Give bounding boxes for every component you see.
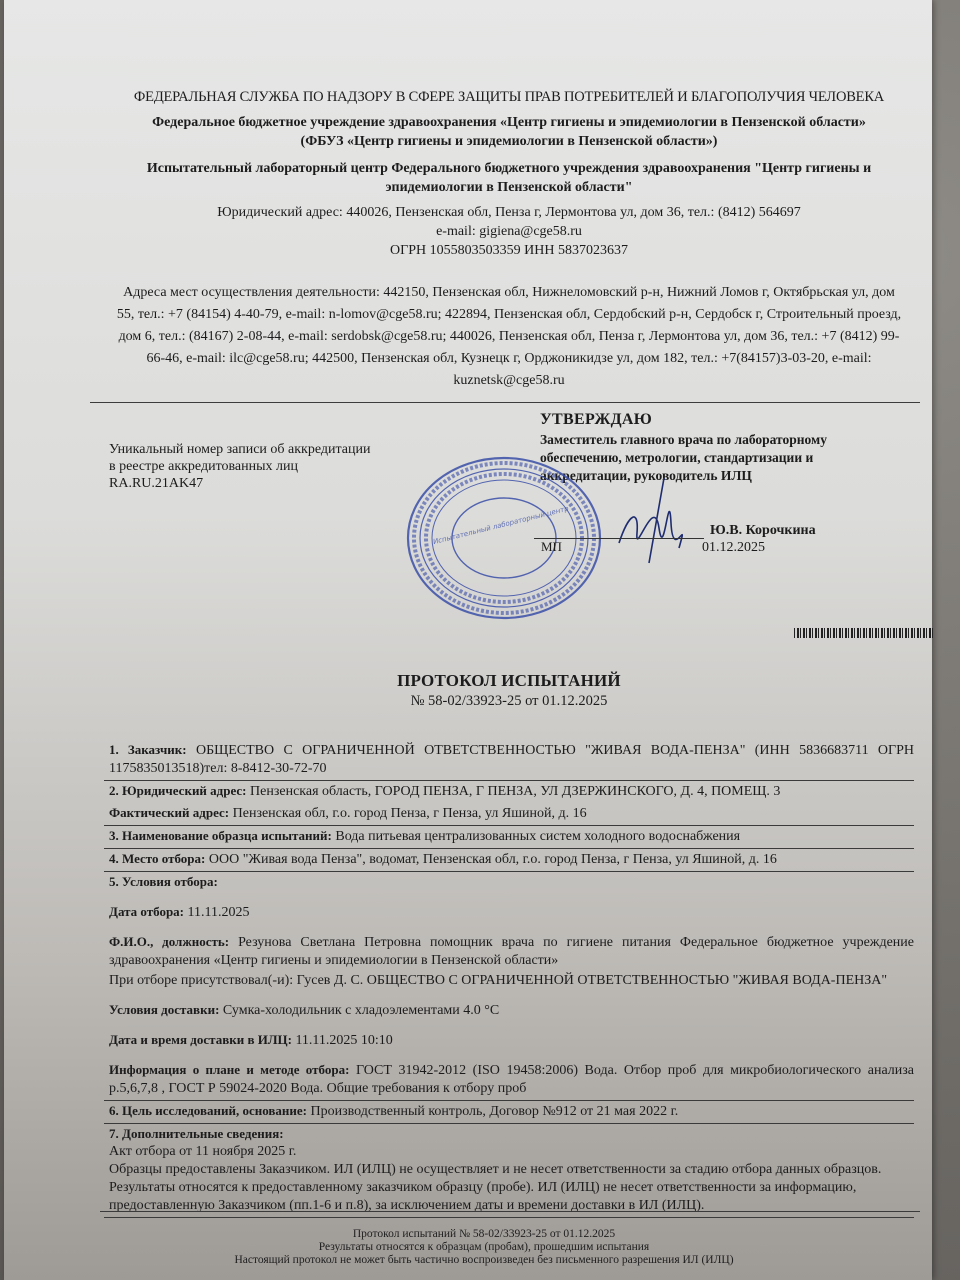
actual-address-label: Фактический адрес:	[109, 805, 229, 820]
customer-label: 1. Заказчик:	[109, 742, 187, 757]
field-sampling-method: Информация о плане и методе отбора: ГОСТ…	[104, 1060, 914, 1101]
purpose-label: 6. Цель исследований, основание:	[109, 1103, 307, 1118]
accreditation-line-1: Уникальный номер записи об аккредитации	[109, 441, 370, 458]
protocol-fields: 1. Заказчик: ОБЩЕСТВО С ОГРАНИЧЕННОЙ ОТВ…	[104, 740, 914, 1218]
page-footer: Протокол испытаний № 58-02/33923-25 от 0…	[4, 1228, 960, 1267]
protocol-title: ПРОТОКОЛ ИСПЫТАНИЙ	[104, 671, 914, 691]
signature-icon	[609, 473, 699, 573]
barcode	[794, 628, 934, 638]
extra-act: Акт отбора от 11 ноября 2025 г.	[109, 1143, 914, 1161]
field-additional-info: 7. Дополнительные сведения: Акт отбора о…	[104, 1124, 914, 1218]
document-page: ФЕДЕРАЛЬНАЯ СЛУЖБА ПО НАДЗОРУ В СФЕРЕ ЗА…	[4, 0, 932, 1280]
document-content: ФЕДЕРАЛЬНАЯ СЛУЖБА ПО НАДЗОРУ В СФЕРЕ ЗА…	[104, 88, 914, 1218]
ogrn-inn: ОГРН 1055803503359 ИНН 5837023637	[104, 241, 914, 260]
accreditation-line-2: в реестре аккредитованных лиц	[109, 458, 370, 475]
delivery-time-label: Дата и время доставки в ИЛЦ:	[109, 1032, 292, 1047]
place-value: ООО "Живая вода Пенза", водомат, Пензенс…	[209, 852, 777, 867]
field-sampling-place: 4. Место отбора: ООО "Живая вода Пенза",…	[104, 849, 914, 872]
delivery-value: Сумка-холодильник с хладоэлементами 4.0 …	[223, 1003, 499, 1018]
field-sample-name: 3. Наименование образца испытаний: Вода …	[104, 826, 914, 849]
organization-full-name: Федеральное бюджетное учреждение здравоо…	[104, 113, 914, 132]
accreditation-info: Уникальный номер записи об аккредитации …	[109, 441, 370, 492]
sampling-date-value: 11.11.2025	[188, 905, 250, 920]
approval-title: УТВЕРЖДАЮ	[540, 411, 900, 429]
field-conditions: 5. Условия отбора:	[104, 872, 914, 894]
org-email: e-mail: gigiena@cge58.ru	[104, 222, 914, 241]
footer-line-3: Настоящий протокол не может быть частичн…	[4, 1254, 960, 1267]
place-label: 4. Место отбора:	[109, 851, 205, 866]
sampling-date-label: Дата отбора:	[109, 904, 184, 919]
field-customer: 1. Заказчик: ОБЩЕСТВО С ОГРАНИЧЕННОЙ ОТВ…	[104, 740, 914, 781]
delivery-label: Условия доставки:	[109, 1002, 219, 1017]
person-value: Резунова Светлана Петровна помощник врач…	[109, 935, 914, 968]
agency-name: ФЕДЕРАЛЬНАЯ СЛУЖБА ПО НАДЗОРУ В СФЕРЕ ЗА…	[104, 88, 914, 107]
field-delivery-conditions: Условия доставки: Сумка-холодильник с хл…	[104, 1000, 914, 1022]
footer-line-2: Результаты относятся к образцам (пробам)…	[4, 1241, 960, 1254]
field-legal-address: 2. Юридический адрес: Пензенская область…	[104, 781, 914, 803]
extra-label: 7. Дополнительные сведения:	[109, 1125, 914, 1143]
delivery-time-value: 11.11.2025 10:10	[295, 1033, 392, 1048]
extra-text: Образцы предоставлены Заказчиком. ИЛ (ИЛ…	[109, 1161, 914, 1215]
legal-address-label: 2. Юридический адрес:	[109, 783, 247, 798]
legal-address-value: Пензенская область, ГОРОД ПЕНЗА, Г ПЕНЗА…	[250, 784, 780, 799]
protocol-number: № 58-02/33923-25 от 01.12.2025	[104, 693, 914, 710]
footer-divider	[100, 1211, 920, 1212]
approval-block: Уникальный номер записи об аккредитации …	[104, 403, 914, 643]
method-label: Информация о плане и методе отбора:	[109, 1062, 349, 1077]
stamp-mark: МП	[541, 539, 562, 555]
present-value: При отборе присутствовал(-и): Гусев Д. С…	[109, 973, 887, 988]
organization-short-name: (ФБУЗ «Центр гигиены и эпидемиологии в П…	[104, 132, 914, 151]
field-purpose: 6. Цель исследований, основание: Произво…	[104, 1101, 914, 1124]
person-label: Ф.И.О., должность:	[109, 934, 229, 949]
customer-value: ОБЩЕСТВО С ОГРАНИЧЕННОЙ ОТВЕТСТВЕННОСТЬЮ…	[109, 743, 914, 776]
field-sampling-date: Дата отбора: 11.11.2025	[104, 902, 914, 924]
purpose-value: Производственный контроль, Договор №912 …	[311, 1104, 679, 1119]
footer-line-1: Протокол испытаний № 58-02/33923-25 от 0…	[4, 1228, 960, 1241]
activity-addresses: Адреса мест осуществления деятельности: …	[104, 282, 914, 392]
actual-address-value: Пензенская обл, г.о. город Пенза, г Пенз…	[233, 806, 587, 821]
field-person: Ф.И.О., должность: Резунова Светлана Пет…	[104, 932, 914, 972]
signer-name: Ю.В. Корочкина	[710, 523, 816, 539]
field-delivery-time: Дата и время доставки в ИЛЦ: 11.11.2025 …	[104, 1030, 914, 1052]
field-actual-address: Фактический адрес: Пензенская обл, г.о. …	[104, 803, 914, 826]
lab-center-name: Испытательный лабораторный центр Федерал…	[104, 159, 914, 197]
approval-date: 01.12.2025	[702, 540, 765, 556]
field-present: При отборе присутствовал(-и): Гусев Д. С…	[104, 972, 914, 992]
sample-label: 3. Наименование образца испытаний:	[109, 828, 332, 843]
sample-value: Вода питьевая централизованных систем хо…	[335, 829, 740, 844]
accreditation-number: RA.RU.21AK47	[109, 475, 370, 492]
legal-address: Юридический адрес: 440026, Пензенская об…	[104, 203, 914, 222]
conditions-label: 5. Условия отбора:	[109, 874, 218, 889]
